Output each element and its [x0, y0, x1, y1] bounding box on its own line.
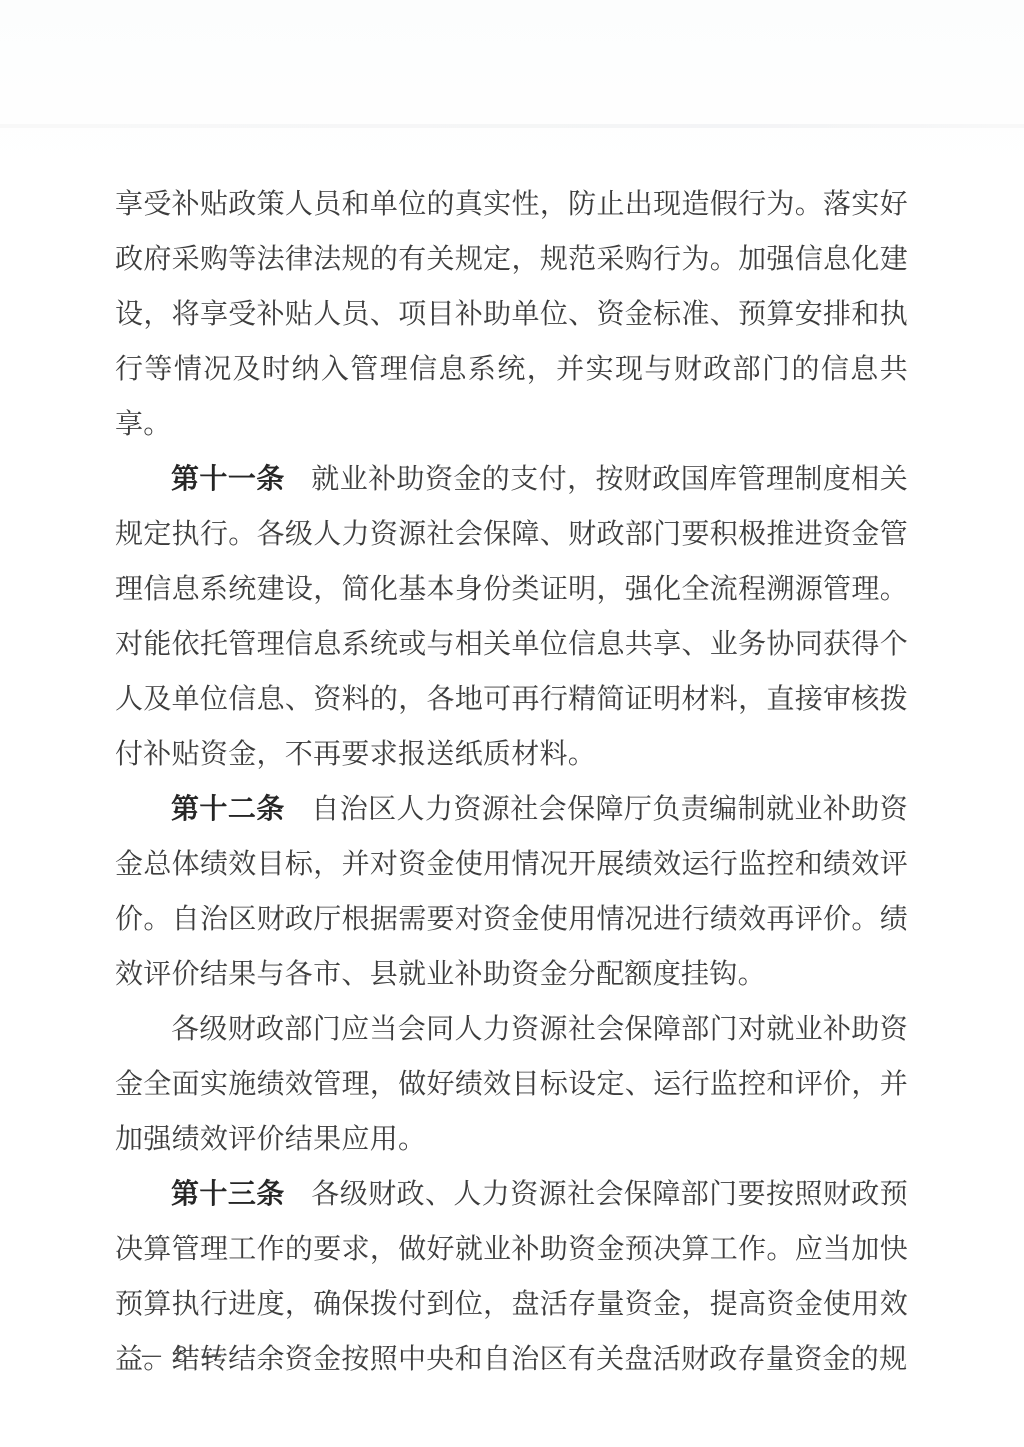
- paragraph: 第十二条自治区人力资源社会保障厅负责编制就业补助资金总体绩效目标，并对资金使用情…: [115, 781, 908, 1001]
- page-number: — 8 —: [141, 1343, 225, 1367]
- scan-artifact-line: [0, 124, 1024, 128]
- paragraph-text: 就业补助资金的支付，按财政国库管理制度相关规定执行。各级人力资源社会保障、财政部…: [115, 462, 908, 770]
- paragraph: 各级财政部门应当会同人力资源社会保障部门对就业补助资金全面实施绩效管理，做好绩效…: [115, 1001, 908, 1166]
- article-heading-13: 第十三条: [171, 1177, 285, 1210]
- paragraph: 第十一条就业补助资金的支付，按财政国库管理制度相关规定执行。各级人力资源社会保障…: [115, 451, 908, 781]
- paragraph-text: 享受补贴政策人员和单位的真实性，防止出现造假行为。落实好政府采购等法律法规的有关…: [115, 187, 908, 440]
- article-heading-11: 第十一条: [171, 462, 285, 495]
- paragraph-text: 各级财政部门应当会同人力资源社会保障部门对就业补助资金全面实施绩效管理，做好绩效…: [115, 1012, 908, 1155]
- page-footer: — 8 —: [141, 1339, 225, 1371]
- article-heading-12: 第十二条: [171, 792, 285, 825]
- document-body: 享受补贴政策人员和单位的真实性，防止出现造假行为。落实好政府采购等法律法规的有关…: [115, 176, 908, 1386]
- paragraph: 享受补贴政策人员和单位的真实性，防止出现造假行为。落实好政府采购等法律法规的有关…: [115, 176, 908, 451]
- document-page: 享受补贴政策人员和单位的真实性，防止出现造假行为。落实好政府采购等法律法规的有关…: [0, 0, 1024, 1447]
- paragraph: 第十三条各级财政、人力资源社会保障部门要按照财政预决算管理工作的要求，做好就业补…: [115, 1166, 908, 1386]
